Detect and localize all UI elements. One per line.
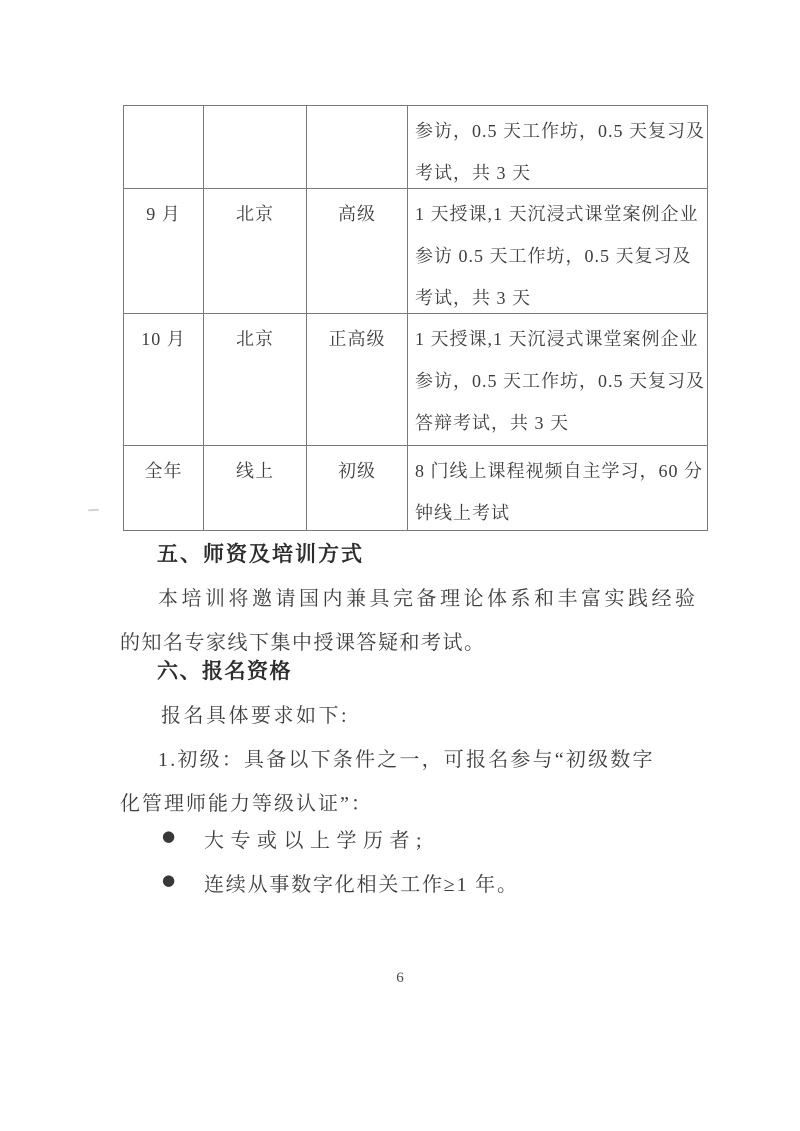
- description-line: 1 天授课,1 天沉浸式课堂案例企业: [415, 193, 704, 235]
- cell-location: 北京: [204, 189, 307, 314]
- bullet-icon: ●: [162, 871, 175, 889]
- cell-level: 高级: [307, 189, 408, 314]
- eligibility-item-line: 化管理师能力等级认证”：: [120, 787, 373, 816]
- cell-description: 1 天授课,1 天沉浸式课堂案例企业 参访，0.5 天工作坊，0.5 天复习及 …: [408, 314, 707, 446]
- description-line: 1 天授课,1 天沉浸式课堂案例企业: [415, 318, 704, 360]
- eligibility-bullet: 大专或以上学历者;: [204, 824, 428, 853]
- section-heading-faculty: 五、师资及培训方式: [157, 538, 364, 568]
- faculty-paragraph-line: 的知名专家线下集中授课答疑和考试。: [120, 626, 486, 655]
- description-line: 钟线上考试: [415, 492, 704, 530]
- eligibility-bullet: 连续从事数字化相关工作≥1 年。: [204, 868, 519, 897]
- cell-location: [204, 106, 307, 189]
- cell-level: 正高级: [307, 314, 408, 446]
- cell-location: 线上: [204, 446, 307, 530]
- description-line: 参访，0.5 天工作坊，0.5 天复习及: [415, 360, 704, 402]
- training-schedule-table: 参访，0.5 天工作坊，0.5 天复习及 考试，共 3 天 9 月 北京 高级 …: [123, 105, 708, 531]
- cell-month: [124, 106, 204, 189]
- description-line: 8 门线上课程视频自主学习，60 分: [415, 450, 704, 492]
- cell-location: 北京: [204, 314, 307, 446]
- description-line: 考试，共 3 天: [415, 277, 704, 314]
- cell-level: [307, 106, 408, 189]
- scan-speck-artifact: [88, 509, 99, 512]
- cell-description: 8 门线上课程视频自主学习，60 分 钟线上考试: [408, 446, 707, 530]
- cell-month: 9 月: [124, 189, 204, 314]
- description-line: 参访，0.5 天工作坊，0.5 天复习及: [415, 110, 704, 152]
- description-line: 答辩考试，共 3 天: [415, 402, 704, 444]
- cell-month: 全年: [124, 446, 204, 530]
- faculty-paragraph-line: 本培训将邀请国内兼具完备理论体系和丰富实践经验: [158, 582, 699, 611]
- bullet-icon: ●: [162, 827, 175, 845]
- document-page: 参访，0.5 天工作坊，0.5 天复习及 考试，共 3 天 9 月 北京 高级 …: [0, 0, 800, 1131]
- cell-level: 初级: [307, 446, 408, 530]
- cell-month: 10 月: [124, 314, 204, 446]
- description-line: 考试，共 3 天: [415, 152, 704, 189]
- cell-description: 1 天授课,1 天沉浸式课堂案例企业 参访 0.5 天工作坊，0.5 天复习及 …: [408, 189, 707, 314]
- eligibility-intro: 报名具体要求如下:: [161, 699, 349, 728]
- description-line: 参访 0.5 天工作坊，0.5 天复习及: [415, 235, 704, 277]
- section-heading-eligibility: 六、报名资格: [157, 655, 292, 685]
- cell-description: 参访，0.5 天工作坊，0.5 天复习及 考试，共 3 天: [408, 106, 707, 189]
- page-number: 6: [0, 970, 800, 987]
- eligibility-item-line: 1.初级：具备以下条件之一，可报名参与“初级数字: [158, 743, 655, 772]
